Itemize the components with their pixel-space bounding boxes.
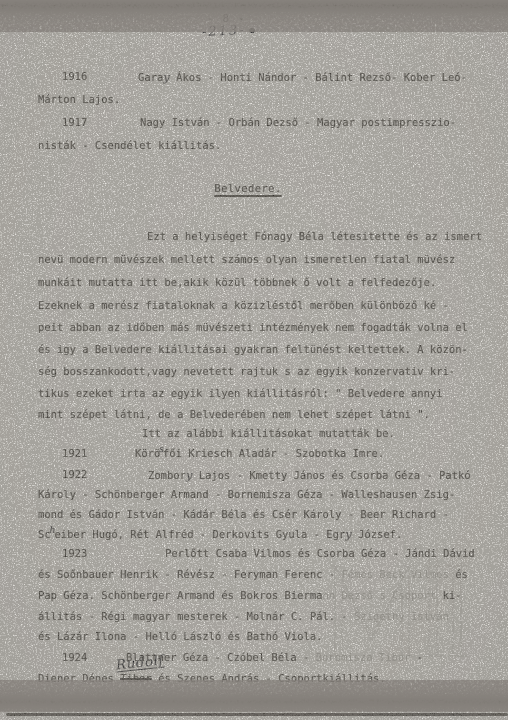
document-line: állitás - Régi magyar mesterek - Molnár … <box>38 610 474 624</box>
document-line: mond és Gádor István - Kádár Béla és Csé… <box>38 508 474 522</box>
document-line: 1922Zombory Lajos - Kmetty János és Csor… <box>38 468 508 483</box>
scan-noise-top <box>0 0 508 26</box>
typed-text: nevü modern müvészek mellett számos olya… <box>38 254 455 266</box>
faded-typed-text: nn Dezső s Csoport <box>322 590 436 602</box>
typed-text: és Szenes András - Csoportkiállitás. <box>152 673 386 685</box>
document-line: munkáit mutatta itt be,akik közül többne… <box>38 276 474 290</box>
faded-typed-text: Szigethy István <box>354 611 449 623</box>
typed-text: Ezeknek a merész fiataloknak a közizlést… <box>38 300 449 312</box>
document-line: Diener Dénes Tibor és Szenes András - Cs… <box>38 672 474 686</box>
handwritten-insert: s <box>159 445 164 455</box>
scan-noise-bottom <box>0 684 508 711</box>
document-line: 1921Körösfői Kriesch Aladár - Szobotka I… <box>38 447 508 462</box>
document-line: nisták - Csendélet kiállitás. <box>38 139 474 153</box>
typed-text: Lajos - Kmetty János és Csorba Géza - Pa… <box>192 470 470 482</box>
typed-text: és Soőnbauer Henrik - Révész - Feryman F… <box>38 569 341 581</box>
document-line: Károly - Schönberger Armand - Bornemisza… <box>38 488 474 502</box>
document-line: ség bosszankodott,vagy nevetett rajtuk s… <box>38 365 474 379</box>
year-label: 1922 <box>62 468 87 482</box>
typed-text: és Lázár Ilona - Helló László és Bathó V… <box>38 631 322 643</box>
faded-typed-text: Fémes Beck Vilmos <box>341 569 448 581</box>
typed-text: József. <box>352 529 403 541</box>
scan-bottom-edge <box>6 713 508 716</box>
ink-blot <box>248 27 255 33</box>
year-label: 1917 <box>62 116 87 130</box>
typed-text: Sc <box>38 529 51 541</box>
typed-text: Ezt a helyiséget Fónagy Béla létesitette… <box>147 231 482 243</box>
handwritten-insert: h <box>50 526 56 536</box>
typed-text: Körö <box>135 448 160 460</box>
typed-text: mint szépet látni, de a Belvederében nem… <box>38 409 430 421</box>
typed-text: peit abban az időben más müvészeti intéz… <box>38 322 468 334</box>
typed-text: Nagy István - Orbán Dezső - Magyar posti… <box>140 117 456 129</box>
document-line: és Soőnbauer Henrik - Révész - Feryman F… <box>38 568 474 582</box>
document-line: tikus ezeket irta az egyik ilyen kiállit… <box>38 387 474 401</box>
typed-text: ség bosszankodott,vagy nevetett rajtuk s… <box>38 366 455 378</box>
document-line: Márton Lajos. <box>38 93 474 107</box>
typed-text: és igy a Belvedere kiállitásai gyakran f… <box>38 344 468 356</box>
typed-text: Márton Lajos. <box>38 94 120 106</box>
typed-text: Ákos - Honti Nándor - Bálint Rezső- Kobe… <box>170 72 467 84</box>
typed-text: Belvedere. <box>214 183 281 195</box>
document-line: peit abban az időben más müvészeti intéz… <box>38 321 474 335</box>
faded-typed-text: Boromisza Tibor <box>316 652 411 664</box>
document-line: Scheiber Hugó, Rét Alfréd - Derkovits Gy… <box>38 527 474 543</box>
document-line: 1923Perlőtt Csaba Vilmos és Csorba Géza … <box>38 547 508 561</box>
year-label: 1923 <box>62 547 87 561</box>
typed-text: Itt az alábbi kiállitásokat mutatták be. <box>142 428 395 440</box>
typed-text: nisták - Csendélet kiállitás. <box>38 140 221 152</box>
typed-text: Perlőtt Csaba Vilmos és Csorba Géza - Já… <box>165 548 475 560</box>
document-line: Ezt a helyiséget Fónagy Béla létesitette… <box>38 230 508 244</box>
document-line: 1917Nagy István - Orbán Dezső - Magyar p… <box>38 116 508 130</box>
document-line: és igy a Belvedere kiállitásai gyakran f… <box>38 343 474 357</box>
typed-text: munkáit mutatta itt be,akik közül többne… <box>38 277 436 289</box>
document-line: 1916Garay Ákos - Honti Nándor - Bálint R… <box>38 70 508 85</box>
typed-text: eiber Hugó, Rét Alfréd - Derkovits Gyula… <box>54 529 345 541</box>
document-line: és Lázár Ilona - Helló László és Bathó V… <box>38 630 474 644</box>
handwritten-page-number: -213- <box>202 23 246 40</box>
typed-text: - <box>410 652 423 664</box>
typed-text: Károly - Schönberger Armand - Bornemisza… <box>38 489 455 501</box>
typed-text: tikus ezeket irta az egyik ilyen kiállit… <box>38 388 443 400</box>
document-line: nevü modern müvészek mellett számos olya… <box>38 253 474 267</box>
typed-text: ki- <box>436 590 461 602</box>
document-line: 1924Blattner Géza - Czóbel Béla - Boromi… <box>38 651 508 665</box>
typed-text: Pap Géza. Schönberger Armand és Bokros B… <box>38 590 322 602</box>
typed-text: Gara <box>138 72 163 84</box>
typed-text: Diener Dénes <box>38 673 120 685</box>
typed-text: állitás - Régi magyar mesterek - Molnár … <box>38 611 354 623</box>
document-line: Itt az alábbi kiállitásokat mutatták be. <box>38 427 508 441</box>
year-label: 1921 <box>62 447 87 461</box>
typed-text: fői Kriesch Aladár - Szobotka Imre. <box>163 448 384 460</box>
section-heading: Belvedere. <box>30 182 466 196</box>
document-line: Pap Géza. Schönberger Armand és Bokros B… <box>38 589 474 603</box>
typed-text: mond és Gádor István - Kádár Béla és Csé… <box>38 509 449 521</box>
year-label: 1916 <box>62 70 87 84</box>
typed-text: Zombor <box>148 470 186 482</box>
handwritten-correction: Rudolf <box>115 653 164 674</box>
strikethrough-text: Tibor <box>120 673 152 685</box>
year-label: 1924 <box>62 651 87 665</box>
scanned-page: - 8 - -213- 1916Garay Ákos - Honti Nándo… <box>0 0 508 720</box>
document-line: mint szépet látni, de a Belvederében nem… <box>38 408 474 422</box>
typed-text: és <box>449 569 468 581</box>
document-line: Ezeknek a merész fiataloknak a közizlést… <box>38 299 474 313</box>
